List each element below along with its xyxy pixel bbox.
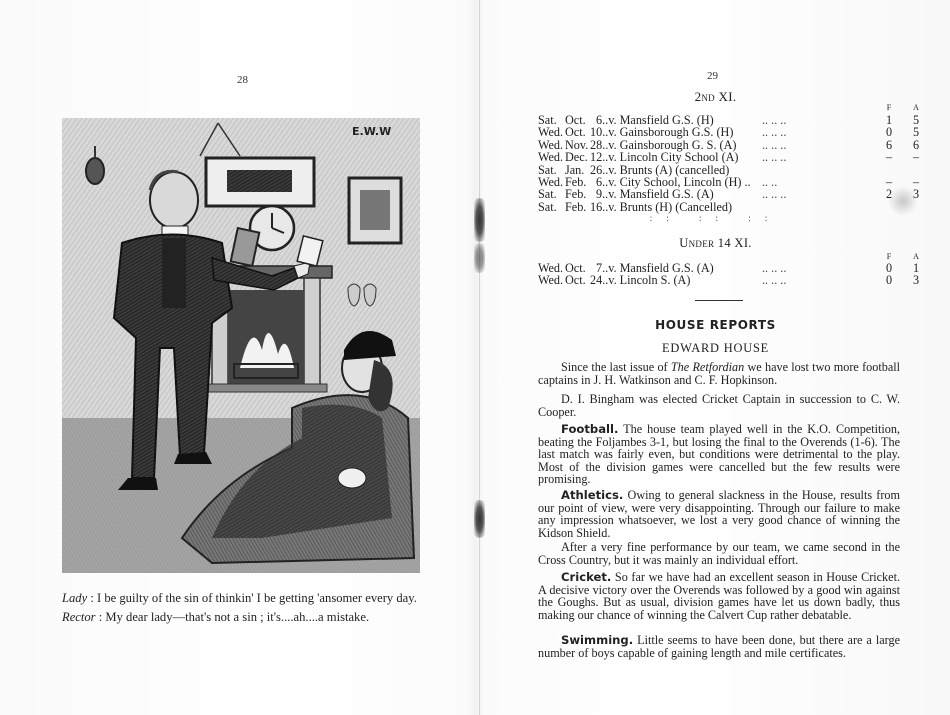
report-paragraph: After a very fine performance by our tea… [538,541,900,566]
para-text: After a very fine performance by our tea… [538,540,900,567]
fixture: 24..v. Lincoln S. (A) [590,274,690,286]
col-against: A [910,103,922,112]
score-against: 3 [910,274,922,286]
day: Wed. [538,274,563,286]
caption-line-rector: Rector : My dear lady—that's not a sin ;… [62,610,369,625]
horizontal-rule [695,300,743,301]
col-for: F [883,252,895,261]
report-paragraph-athletics: Athletics. Owing to general slackness in… [538,489,900,539]
caption-text-rector: My dear lady—that's not a sin ; it's....… [105,610,369,624]
speaker-rector: Rector [62,610,96,624]
fixture: 10..v. Gainsborough G.S. (H) [590,126,733,138]
second-xi-title-sc: 2nd [695,89,715,104]
leader-dots: .. .. .. [762,188,878,200]
month: Oct. [565,126,586,138]
fixture-rows: Wed.Oct.7..v. Mansfield G.S. (A).. .. ..… [538,262,922,287]
table-header: F A [538,103,922,113]
month: Dec. [565,151,588,163]
report-paragraph: D. I. Bingham was elected Cricket Captai… [538,393,900,418]
score-against: 5 [910,126,922,138]
para-text: D. I. Bingham was elected Cricket Captai… [538,392,900,419]
table-row: Wed.Oct.10..v. Gainsborough G.S. (H).. .… [538,126,922,138]
caption-line-lady: Lady : I be guilty of the sin of thinkin… [62,591,417,606]
caption-separator: : [87,591,97,605]
page-number: 29 [707,70,718,82]
score-for: – [883,151,895,163]
under-14-heading: Under 14 XI. [481,236,950,251]
speaker-lady: Lady [62,591,87,605]
report-paragraph-cricket: Cricket. So far we have had an excellent… [538,571,900,621]
score-for: 0 [883,274,895,286]
leader-dots: .. .. .. [762,126,878,138]
section-separator: :: :: :: [481,213,950,223]
pencil-drawing: E.W.W [62,118,420,573]
fixture-rows: Sat.Oct.6..v. Mansfield G.S. (H).. .. ..… [538,114,922,213]
cartoon-illustration: E.W.W [62,118,420,573]
table-row: Sat.Feb.16..v. Brunts (H) (Cancelled) [538,201,922,213]
svg-text:E.W.W: E.W.W [352,125,391,138]
day: Wed. [538,151,563,163]
report-paragraph: Since the last issue of The Retfordian w… [538,361,900,386]
fixture: 16..v. Brunts (H) (Cancelled) [590,201,732,213]
day: Sat. [538,188,557,200]
gutter-fold [479,0,480,715]
report-paragraph-football: Football. The house team played well in … [538,423,900,486]
day: Wed. [538,126,563,138]
fixture: 9..v. Mansfield G.S. (A) [596,188,714,200]
score-against: – [910,151,922,163]
report-paragraph-swimming: Swimming. Little seems to have been done… [538,634,900,659]
right-page: 29 2nd XI. F A Sat.Oct.6..v. Mansfield G… [481,0,950,715]
house-reports-title: HOUSE REPORTS [481,318,950,332]
col-against: A [910,252,922,261]
second-xi-title-rest: XI. [715,89,736,104]
fixture: 12..v. Lincoln City School (A) [590,151,739,163]
month: Oct. [565,274,586,286]
table-row: Sat.Feb.9..v. Mansfield G.S. (A).. .. ..… [538,188,922,200]
house-name: EDWARD HOUSE [481,341,950,356]
score-for: 0 [883,126,895,138]
caption-separator: : [96,610,106,624]
caption-text-lady: I be guilty of the sin of thinkin' I be … [97,591,417,605]
left-page: 28 E.W.W [0,0,478,715]
page-number: 28 [237,74,248,86]
score-for: 2 [883,188,895,200]
month: Feb. [565,201,586,213]
table-row: Wed.Oct.24..v. Lincoln S. (A).. .. ..03 [538,274,922,286]
table-row: Wed.Dec.12..v. Lincoln City School (A)..… [538,151,922,163]
under-14-title-rest: 14 XI. [714,236,751,250]
leader-dots: .. .. .. [762,151,878,163]
score-against: 3 [910,188,922,200]
leader-dots: .. .. .. [762,274,878,286]
month: Feb. [565,188,586,200]
col-for: F [883,103,895,112]
under-14-title-sc: Under [679,236,714,250]
day: Sat. [538,201,557,213]
